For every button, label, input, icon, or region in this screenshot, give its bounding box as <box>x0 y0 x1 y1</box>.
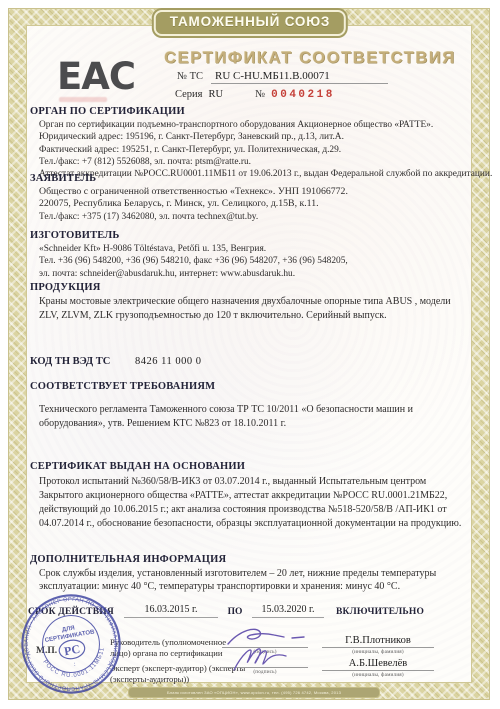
manufacturer-line: «Schneider Kft» H-9086 Töltéstava, Petőf… <box>30 243 472 255</box>
svg-text:ОРГАН ПО СЕРТИФИКАЦИИ ПОДЪЕМНО: ОРГАН ПО СЕРТИФИКАЦИИ ПОДЪЕМНО-ТРАНСПОРТ… <box>7 580 125 700</box>
expert-name-field: А.Б.Шевелёв (инициалы, фамилия) <box>322 658 434 678</box>
manufacturer-line: эл. почта: schneider@abusdaruk.hu, интер… <box>30 268 472 280</box>
validity-po-label: ПО <box>218 607 252 618</box>
series-label: Серия <box>175 89 203 100</box>
blank-manufacturer-text: Бланк изготовлен ЗАО «ОПЦИОН», www.opcio… <box>167 690 341 695</box>
eac-logo: EAC <box>57 57 135 98</box>
org-line: Тел./факс: +7 (812) 5526088, эл. почта: … <box>30 156 472 168</box>
blank-manufacturer-strip: Бланк изготовлен ЗАО «ОПЦИОН», www.opcio… <box>128 687 380 698</box>
section-applicant: ЗАЯВИТЕЛЬ Общество с ограниченной ответс… <box>30 173 472 223</box>
section-product-title: ПРОДУКЦИЯ <box>30 282 472 293</box>
section-applicant-title: ЗАЯВИТЕЛЬ <box>30 173 472 184</box>
org-line: Юридический адрес: 195196, г. Санкт-Пете… <box>30 131 472 143</box>
manufacturer-line: Тел. +36 (96) 548200, +36 (96) 548210, ф… <box>30 255 472 267</box>
customs-union-badge-label: ТАМОЖЕННЫЙ СОЮЗ <box>170 14 330 29</box>
org-line: Орган по сертификации подъемно-транспорт… <box>30 119 472 131</box>
org-line: Фактический адрес: 195251, г. Санкт-Пете… <box>30 144 472 156</box>
stamp-dots: : <box>73 661 76 668</box>
series-row: СерияRU№0040218 <box>175 89 335 101</box>
tnved-row: КОД ТН ВЭД ТС8426 11 000 0 <box>30 356 202 367</box>
tnved-label: КОД ТН ВЭД ТС <box>30 356 135 367</box>
expert-name: А.Б.Шевелёв <box>322 658 434 671</box>
certificate-title: СЕРТИФИКАТ СООТВЕТСТВИЯ <box>150 49 470 68</box>
applicant-line: Тел./факс: +375 (17) 3462080, эл. почта … <box>30 211 472 223</box>
serial-number: 0040218 <box>271 89 335 101</box>
number-sign: № <box>255 89 265 100</box>
cert-number-row: № ТСRU C-HU.МБ11.B.00071 <box>177 70 388 84</box>
tnved-value: 8426 11 000 0 <box>135 356 202 367</box>
section-additional-info-title: ДОПОЛНИТЕЛЬНАЯ ИНФОРМАЦИЯ <box>30 554 472 565</box>
section-basis: СЕРТИФИКАТ ВЫДАН НА ОСНОВАНИИ Протокол и… <box>30 461 472 531</box>
eac-watermark <box>59 97 107 102</box>
section-basis-title: СЕРТИФИКАТ ВЫДАН НА ОСНОВАНИИ <box>30 461 472 472</box>
cert-number-label: № ТС <box>177 71 211 82</box>
section-product: ПРОДУКЦИЯ Краны мостовые электрические о… <box>30 282 472 323</box>
requirements-text: Технического регламента Таможенного союз… <box>30 403 462 431</box>
validity-inclusive-label: ВКЛЮЧИТЕЛЬНО <box>336 607 424 618</box>
certification-stamp: ОРГАН ПО СЕРТИФИКАЦИИ ПОДЪЕМНО-ТРАНСПОРТ… <box>7 580 134 707</box>
expert-name-caption: (инициалы, фамилия) <box>322 672 434 678</box>
customs-union-badge: ТАМОЖЕННЫЙ СОЮЗ <box>154 10 346 36</box>
section-certification-body: ОРГАН ПО СЕРТИФИКАЦИИ Орган по сертифика… <box>30 106 472 180</box>
head-name-field: Г.В.Плотников (инициалы, фамилия) <box>322 635 434 655</box>
basis-text: Протокол испытаний №360/58/В-ИК3 от 03.0… <box>30 475 462 531</box>
applicant-line: Общество с ограниченной ответственностью… <box>30 186 472 198</box>
expert-signature-ink <box>226 644 316 674</box>
section-manufacturer-title: ИЗГОТОВИТЕЛЬ <box>30 230 472 241</box>
series-value: RU <box>209 89 224 100</box>
head-name-caption: (инициалы, фамилия) <box>322 649 434 655</box>
product-text: Краны мостовые электрические общего назн… <box>30 295 462 323</box>
head-name: Г.В.Плотников <box>322 635 434 648</box>
section-manufacturer: ИЗГОТОВИТЕЛЬ «Schneider Kft» H-9086 Tölt… <box>30 230 472 280</box>
certificate-page: ТАМОЖЕННЫЙ СОЮЗ EAC СЕРТИФИКАТ СООТВЕТСТ… <box>0 0 500 709</box>
applicant-line: 220075, Республика Беларусь, г. Минск, у… <box>30 198 472 210</box>
section-requirements-title: СООТВЕТСТВУЕТ ТРЕБОВАНИЯМ <box>30 381 472 392</box>
section-certification-body-title: ОРГАН ПО СЕРТИФИКАЦИИ <box>30 106 472 117</box>
stamp-monogram: РС <box>63 642 81 659</box>
cert-number-value: RU C-HU.МБ11.B.00071 <box>211 70 388 84</box>
validity-from-date: 16.03.2015 г. <box>124 604 218 618</box>
validity-to-date: 15.03.2020 г. <box>252 604 324 618</box>
stamp-ring-text: ОРГАН ПО СЕРТИФИКАЦИИ ПОДЪЕМНО-ТРАНСПОРТ… <box>7 580 125 700</box>
section-requirements: СООТВЕТСТВУЕТ ТРЕБОВАНИЯМ Технического р… <box>30 381 472 431</box>
